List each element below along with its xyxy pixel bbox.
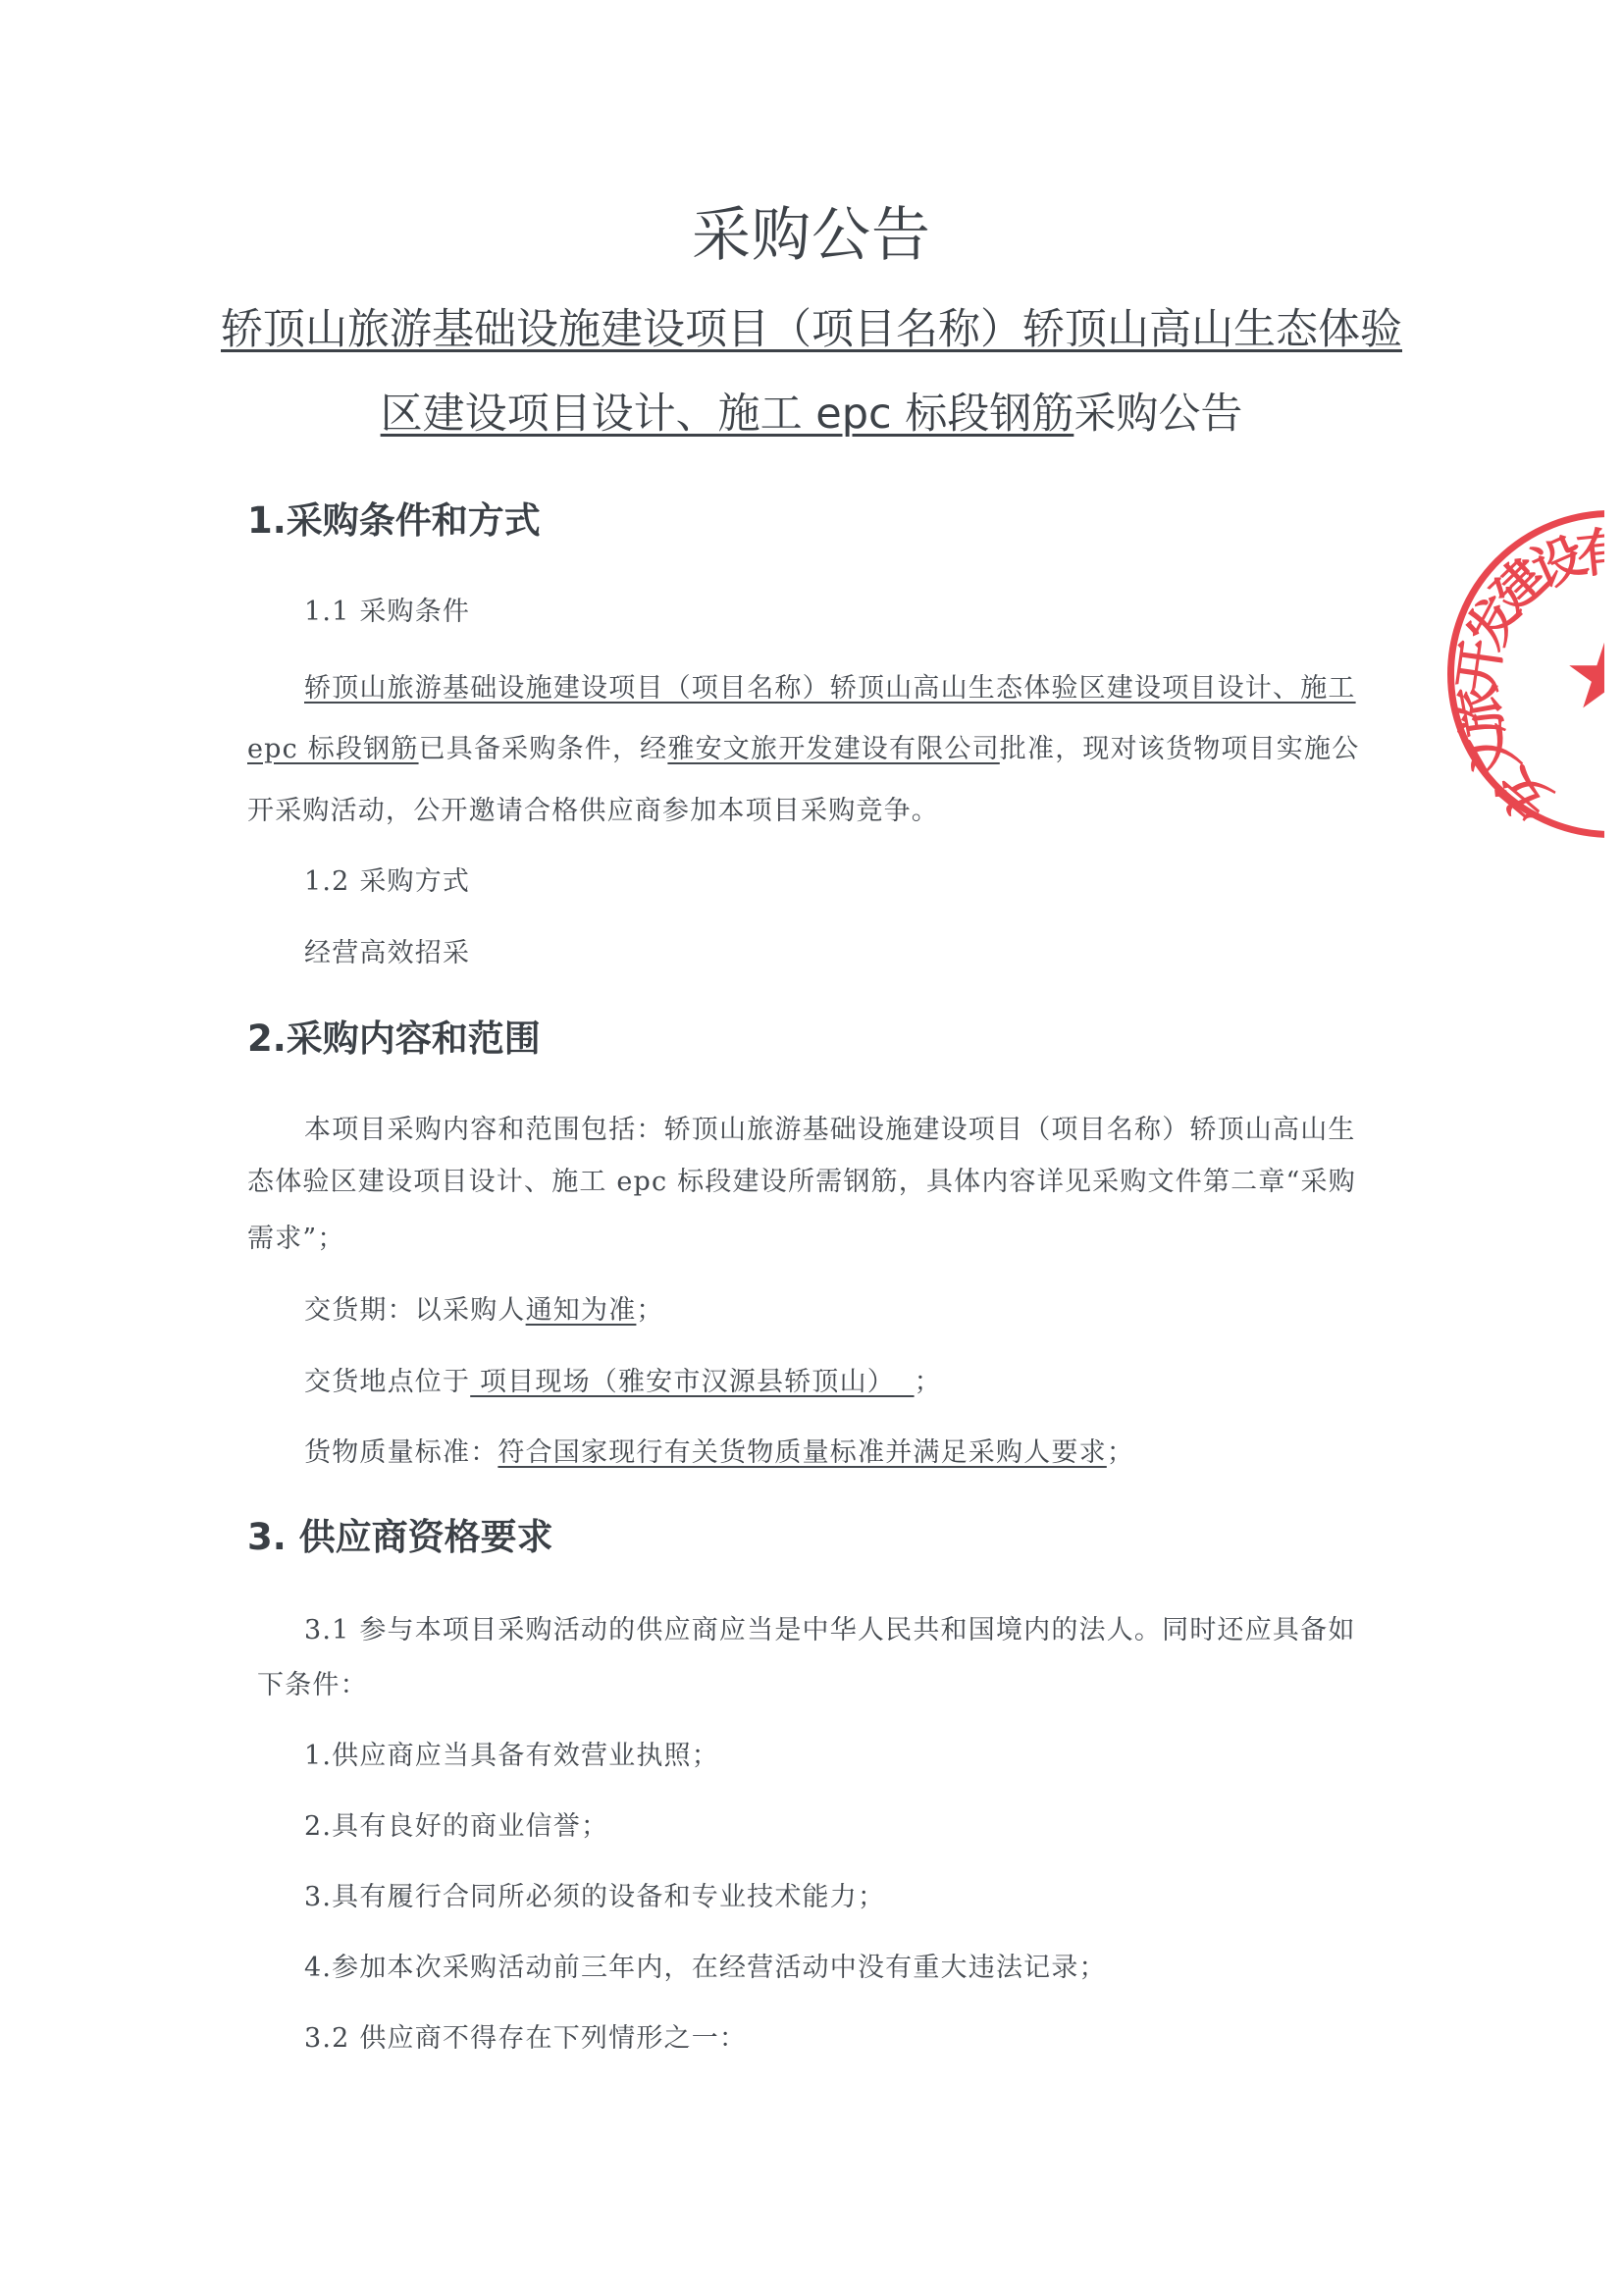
requirement-item-1: 1.供应商应当具备有效营业执照；: [304, 1740, 1444, 1773]
section-2-heading: 2.采购内容和范围: [247, 1017, 541, 1062]
text-segment: 批准，现对该货物项目实施公: [1000, 734, 1360, 764]
delivery-period-value: 通知为准: [526, 1295, 637, 1326]
delivery-place-value: 项目现场（雅安市汉源县轿顶山）: [470, 1367, 914, 1397]
subtitle-line-2-plain: 采购公告: [1073, 390, 1242, 439]
subtitle-line-1: 轿顶山旅游基础设施建设项目（项目名称）轿顶山高山生态体验: [0, 304, 1623, 355]
subtitle-line-1-text: 轿顶山旅游基础设施建设项目（项目名称）轿顶山高山生态体验: [221, 305, 1402, 354]
requirement-item-2: 2.具有良好的商业信誉；: [304, 1810, 1444, 1844]
section-1-para-line-3: 开采购活动，公开邀请合格供应商参加本项目采购竞争。: [247, 795, 1387, 828]
subtitle-line-2: 区建设项目设计、施工 epc 标段钢筋采购公告: [0, 389, 1623, 440]
delivery-period: 交货期：以采购人通知为准；: [304, 1294, 1444, 1328]
section-3-heading: 3. 供应商资格要求: [247, 1515, 553, 1560]
section-1-para-line-1: 轿顶山旅游基础设施建设项目（项目名称）轿顶山高山生态体验区建设项目设计、施工: [304, 672, 1387, 705]
project-name-underlined: 轿顶山旅游基础设施建设项目（项目名称）轿顶山高山生态体验区建设项目设计、施工: [304, 673, 1356, 704]
quality-standard: 货物质量标准：符合国家现行有关货物质量标准并满足采购人要求；: [304, 1436, 1444, 1470]
seal-text: 安 文 旅 开 发 建 设 有: [1447, 510, 1604, 838]
delivery-period-label: 交货期：以采购人: [304, 1295, 526, 1326]
punctuation: ；: [1107, 1437, 1134, 1468]
delivery-place-label: 交货地点位于: [304, 1367, 470, 1397]
section-2-para-line-2: 态体验区建设项目设计、施工 epc 标段建设所需钢筋，具体内容详见采购文件第二章…: [247, 1166, 1387, 1199]
section-2-para-line-1: 本项目采购内容和范围包括：轿顶山旅游基础设施建设项目（项目名称）轿顶山高山生: [304, 1114, 1444, 1147]
page-title: 采购公告: [0, 200, 1623, 271]
requirement-item-4: 4.参加本次采购活动前三年内，在经营活动中没有重大违法记录；: [304, 1952, 1444, 1985]
subsection-1-1-title: 1.1 采购条件: [304, 596, 1444, 629]
quality-standard-label: 货物质量标准：: [304, 1437, 497, 1468]
approver-company-underlined: 雅安文旅开发建设有限公司: [667, 734, 999, 764]
company-seal: ★ 安 文 旅 开 发 建 设 有: [1374, 471, 1604, 883]
punctuation: ；: [636, 1295, 663, 1326]
delivery-place: 交货地点位于 项目现场（雅安市汉源县轿顶山） ；: [304, 1366, 1444, 1399]
quality-standard-value: 符合国家现行有关货物质量标准并满足采购人要求: [497, 1437, 1106, 1468]
document-page: 采购公告 轿顶山旅游基础设施建设项目（项目名称）轿顶山高山生态体验 区建设项目设…: [0, 0, 1623, 2296]
text-segment: 已具备采购条件，经: [419, 734, 668, 764]
section-1-heading: 1.采购条件和方式: [247, 498, 541, 544]
procurement-method-value: 经营高效招采: [304, 937, 1444, 970]
section-3-1-line-2: 下条件：: [257, 1669, 1397, 1702]
section-1-para-line-2: epc 标段钢筋已具备采购条件，经雅安文旅开发建设有限公司批准，现对该货物项目实…: [247, 733, 1387, 766]
seal-char: 有: [1574, 525, 1604, 581]
lot-name-underlined: epc 标段钢筋: [247, 734, 419, 764]
punctuation: ；: [915, 1367, 942, 1397]
subsection-1-2-title: 1.2 采购方式: [304, 865, 1444, 899]
requirement-item-3: 3.具有履行合同所必须的设备和专业技术能力；: [304, 1881, 1444, 1914]
section-3-1-line-1: 3.1 参与本项目采购活动的供应商应当是中华人民共和国境内的法人。同时还应具备如: [304, 1614, 1444, 1647]
subtitle-line-2-underlined: 区建设项目设计、施工 epc 标段钢筋: [381, 390, 1074, 439]
section-2-para-line-3: 需求”；: [247, 1223, 1387, 1256]
section-3-2: 3.2 供应商不得存在下列情形之一：: [304, 2022, 1444, 2056]
